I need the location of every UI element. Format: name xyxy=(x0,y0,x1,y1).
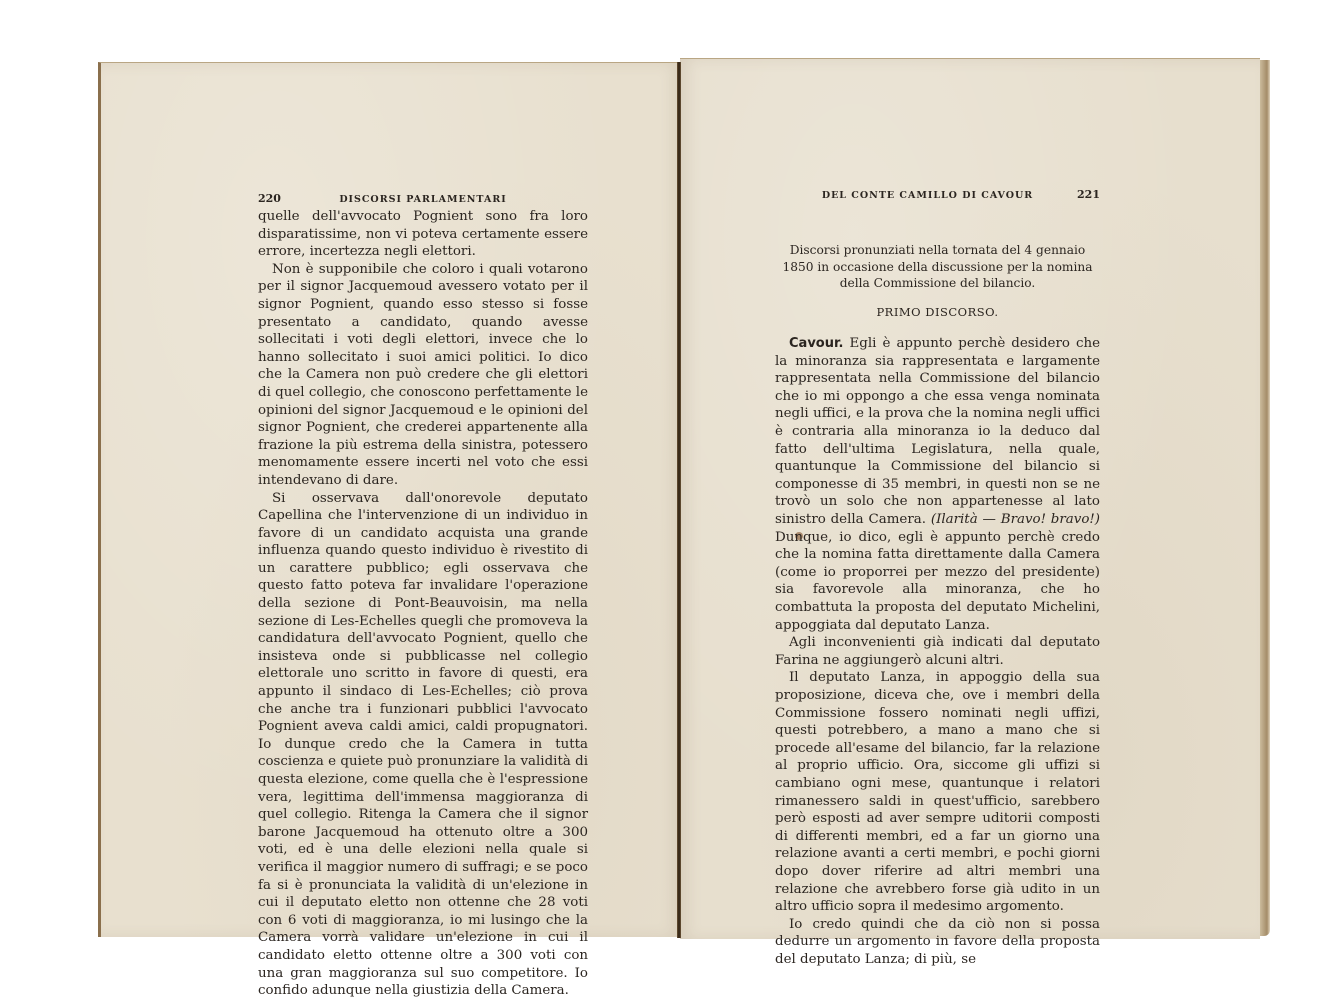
session-note: Discorsi pronunziati nella tornata del 4… xyxy=(775,242,1100,292)
paragraph: Io credo quindi che da ciò non si possa … xyxy=(775,916,1100,969)
speech-text-continued: Dunque, io dico, egli è appunto perchè c… xyxy=(775,530,1100,633)
speech-paragraph: Cavour. Egli è appunto perchè desidero c… xyxy=(775,335,1100,634)
running-head-title-right: DEL CONTE CAMILLO DI CAVOUR xyxy=(798,187,1077,205)
page-block-edge xyxy=(1260,60,1270,936)
paragraph: Agli inconvenienti già indicati dal depu… xyxy=(775,634,1100,669)
paragraph: Il deputato Lanza, in appoggio della sua… xyxy=(775,669,1100,915)
audience-reaction: (Ilarità — Bravo! bravo!) xyxy=(931,512,1100,527)
page-number-right: 221 xyxy=(1077,186,1100,204)
left-running-head: 220 DISCORSI PARLAMENTARI 000 xyxy=(258,190,588,206)
book-gutter xyxy=(677,62,681,938)
right-page-text: 000 DEL CONTE CAMILLO DI CAVOUR 221 Disc… xyxy=(775,186,1100,968)
page-number-left: 220 xyxy=(258,190,281,208)
right-running-head: 000 DEL CONTE CAMILLO DI CAVOUR 221 xyxy=(775,186,1100,202)
paragraph: Si osservava dall'onorevole deputato Cap… xyxy=(258,490,588,1000)
paragraph: Non è supponibile che coloro i quali vot… xyxy=(258,261,588,490)
speech-text: Egli è appunto perchè desidero che la mi… xyxy=(775,336,1100,527)
open-book: 220 DISCORSI PARLAMENTARI 000 quelle del… xyxy=(0,0,1341,1000)
left-page-text: 220 DISCORSI PARLAMENTARI 000 quelle del… xyxy=(258,190,588,1000)
running-head-title-left: DISCORSI PARLAMENTARI xyxy=(281,191,565,209)
discourse-title: PRIMO DISCORSO. xyxy=(775,304,1100,322)
paragraph: quelle dell'avvocato Pognient sono fra l… xyxy=(258,208,588,261)
speaker-name: Cavour. xyxy=(789,336,843,351)
